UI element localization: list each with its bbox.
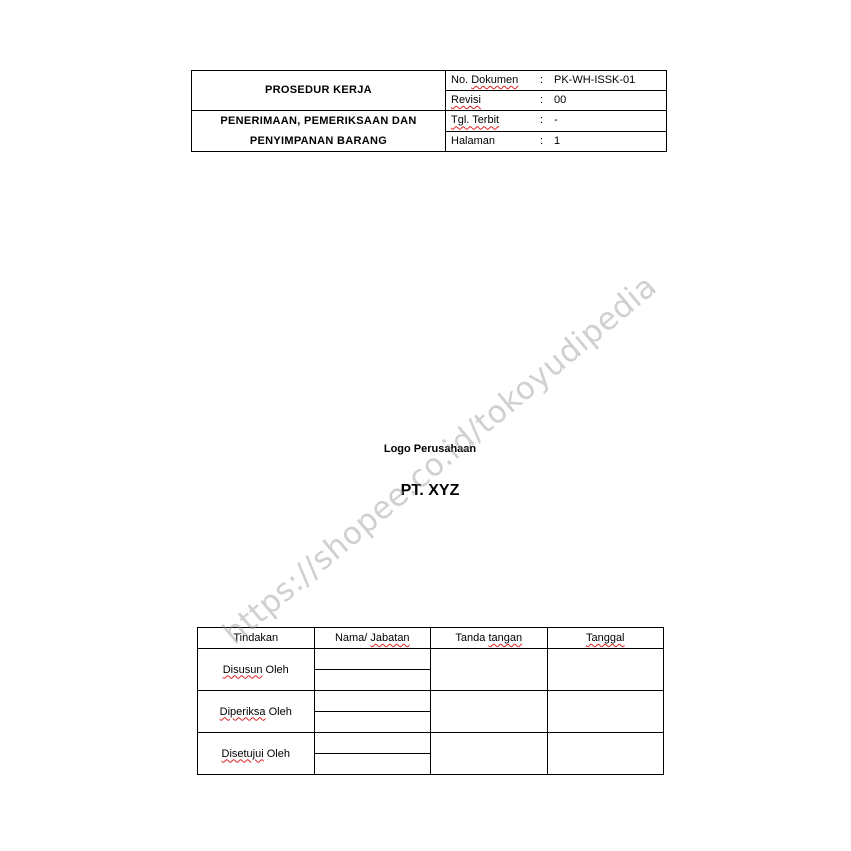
meta-colon: : <box>540 111 554 130</box>
meta-row-page: Halaman:1 <box>446 131 667 152</box>
procedure-title: PROSEDUR KERJA <box>192 71 446 111</box>
meta-label-text: Dokumen <box>471 74 518 86</box>
signature-cell[interactable] <box>431 733 548 775</box>
meta-label: Revisi <box>451 91 540 110</box>
company-logo-placeholder: Logo Perusahaan <box>0 443 851 455</box>
meta-value: - <box>554 111 558 130</box>
meta-row-revision: Revisi:00 <box>446 91 667 111</box>
company-name: PT. XYZ <box>0 482 851 500</box>
column-header-signature: Tanda tangan <box>431 628 548 649</box>
position-cell[interactable] <box>314 670 431 691</box>
meta-label: Tgl. Terbit <box>451 111 540 130</box>
table-row: Disusun Oleh <box>198 649 664 670</box>
table-row: Diperiksa Oleh <box>198 691 664 712</box>
subtitle-line-2: PENYIMPANAN BARANG <box>250 135 387 147</box>
meta-value: PK-WH-ISSK-01 <box>554 71 635 90</box>
table-row: Disetujui Oleh <box>198 733 664 754</box>
position-cell[interactable] <box>314 754 431 775</box>
meta-row-issue-date: Tgl. Terbit:- <box>446 111 667 132</box>
meta-row-document-number: No. Dokumen:PK-WH-ISSK-01 <box>446 71 667 91</box>
meta-colon: : <box>540 71 554 90</box>
meta-label: No. Dokumen <box>451 71 540 90</box>
date-cell[interactable] <box>547 691 664 733</box>
column-header-name: Nama/ Jabatan <box>314 628 431 649</box>
signature-cell[interactable] <box>431 649 548 691</box>
name-cell[interactable] <box>314 691 431 712</box>
meta-label: Halaman <box>451 132 540 151</box>
column-header-date: Tanggal <box>547 628 664 649</box>
meta-colon: : <box>540 91 554 110</box>
date-cell[interactable] <box>547 733 664 775</box>
signature-cell[interactable] <box>431 691 548 733</box>
column-header-action: Tindakan <box>198 628 315 649</box>
meta-value: 00 <box>554 91 566 110</box>
name-cell[interactable] <box>314 649 431 670</box>
document-page: PROSEDUR KERJA No. Dokumen:PK-WH-ISSK-01… <box>0 0 851 851</box>
subtitle-line-1: PENERIMAAN, PEMERIKSAAN DAN <box>220 115 416 127</box>
watermark: https://shopee.co.id/tokoyudipedia <box>216 268 663 652</box>
action-cell: Disetujui Oleh <box>198 733 315 775</box>
meta-colon: : <box>540 132 554 151</box>
name-cell[interactable] <box>314 733 431 754</box>
action-cell: Disusun Oleh <box>198 649 315 691</box>
approval-table: Tindakan Nama/ Jabatan Tanda tangan Tang… <box>197 627 664 775</box>
procedure-subtitle: PENERIMAAN, PEMERIKSAAN DAN PENYIMPANAN … <box>192 111 446 152</box>
action-cell: Diperiksa Oleh <box>198 691 315 733</box>
date-cell[interactable] <box>547 649 664 691</box>
document-header-table: PROSEDUR KERJA No. Dokumen:PK-WH-ISSK-01… <box>191 70 667 152</box>
position-cell[interactable] <box>314 712 431 733</box>
approval-table-header: Tindakan Nama/ Jabatan Tanda tangan Tang… <box>198 628 664 649</box>
meta-label-text: No. <box>451 74 471 86</box>
meta-value: 1 <box>554 132 560 151</box>
